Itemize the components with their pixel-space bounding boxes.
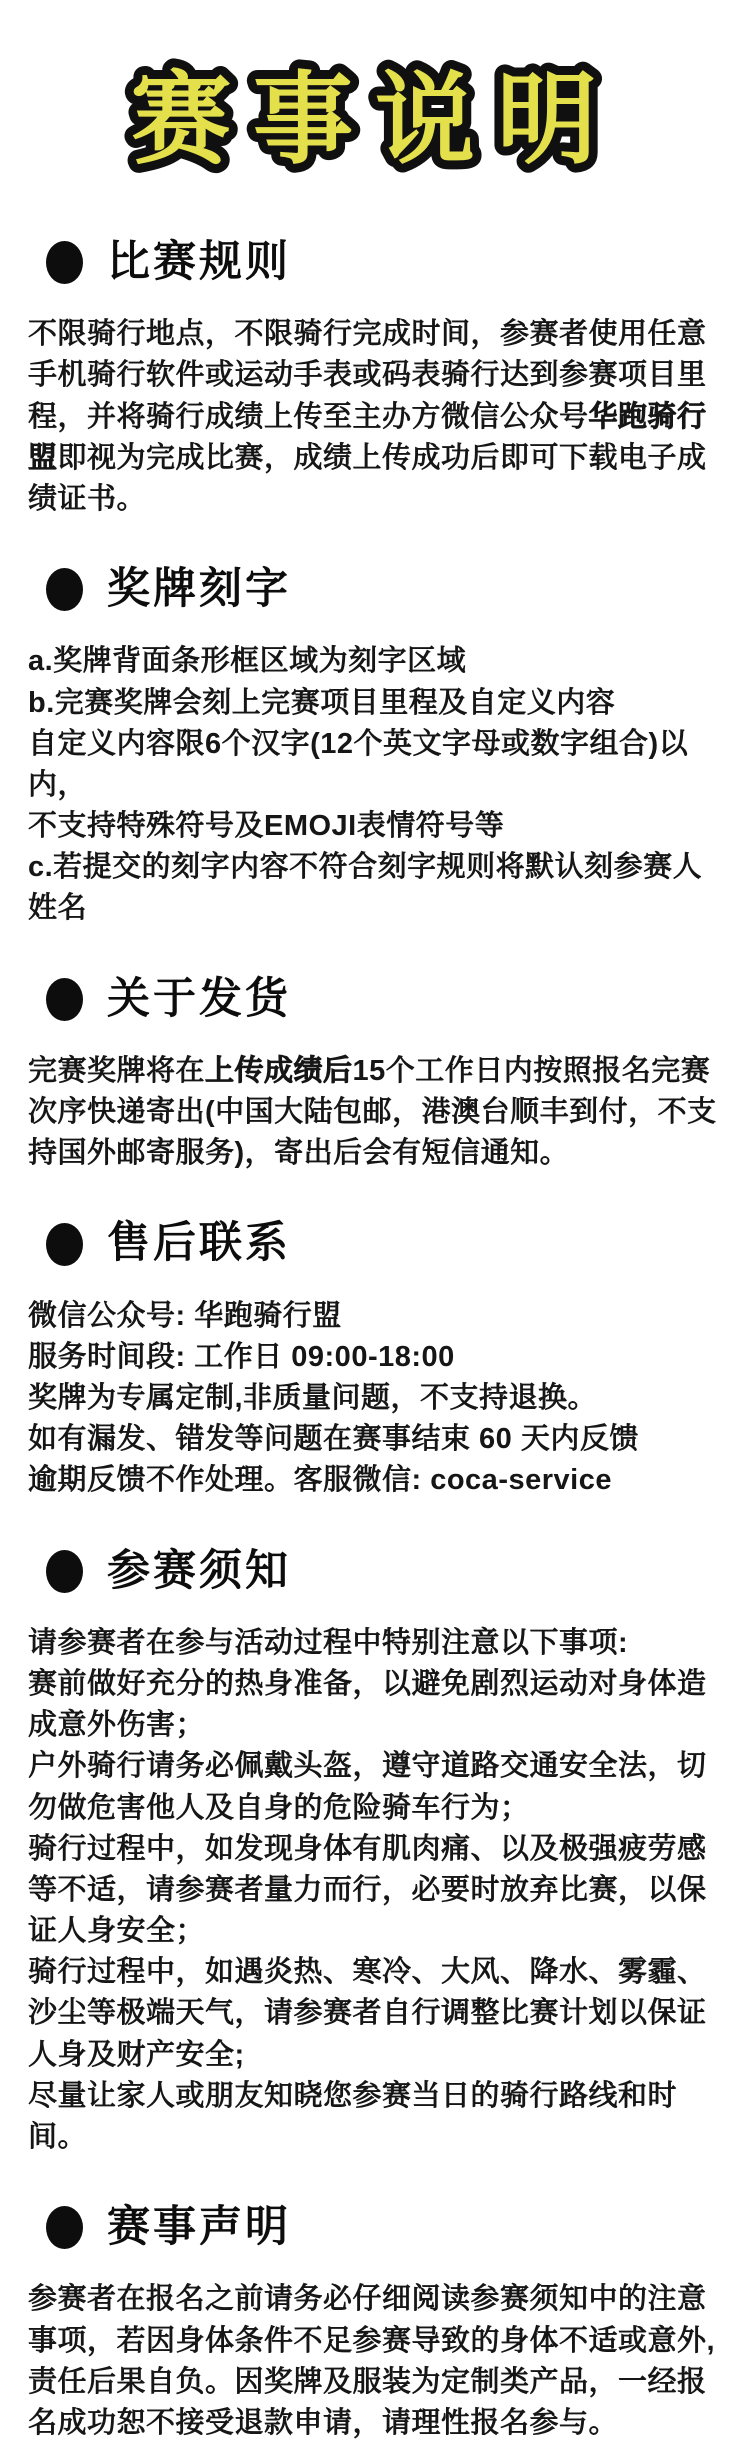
section-after-sales: 售后联系 微信公众号: 华跑骑行盟 服务时间段: 工作日 09:00-18:00…	[28, 1220, 722, 1501]
paragraph: 完赛奖牌将在上传成绩后15个工作日内按照报名完赛次序快递寄出(中国大陆包邮，港澳…	[28, 1051, 722, 1175]
section-title: 比赛规则	[107, 239, 291, 286]
bullet-icon	[46, 241, 83, 284]
statement-paragraph: 参赛者在报名之前请务必仔细阅读参赛须知中的注意事项，若因身体条件不足参赛导致的身…	[28, 2279, 722, 2444]
rule-line-b-detail2: 不支持特殊符号及EMOJI表情符号等	[28, 806, 722, 847]
notice-helmet: 户外骑行请务必佩戴头盔，遵守道路交通安全法，切勿做危害他人及自身的危险骑车行为；	[28, 1746, 722, 1828]
notice-intro-line: 请参赛者在参与活动过程中特别注意以下事项:	[28, 1623, 722, 1664]
section-title: 奖牌刻字	[107, 566, 291, 613]
notice-route-share: 尽量让家人或朋友知晓您参赛当日的骑行路线和时间。	[28, 2076, 722, 2158]
text-segment: 即视为完成比赛，成绩上传成功后即可下载电子成绩证书。	[28, 442, 707, 515]
section-shipping: 关于发货 完赛奖牌将在上传成绩后15个工作日内按照报名完赛次序快递寄出(中国大陆…	[28, 976, 722, 1175]
section-heading-row: 售后联系	[46, 1220, 722, 1267]
notice-fatigue: 骑行过程中，如发现身体有肌肉痛、以及极强疲劳感等不适，请参赛者量力而行，必要时放…	[28, 1829, 722, 1953]
section-title: 赛事声明	[107, 2204, 291, 2251]
section-heading-row: 关于发货	[46, 976, 722, 1023]
section-participant-notice: 参赛须知 请参赛者在参与活动过程中特别注意以下事项: 赛前做好充分的热身准备，以…	[28, 1548, 722, 2159]
section-heading-row: 参赛须知	[46, 1548, 722, 1595]
bullet-icon	[46, 1550, 83, 1593]
notice-warmup: 赛前做好充分的热身准备，以避免剧烈运动对身体造成意外伤害；	[28, 1664, 722, 1746]
rule-line-b-detail: 自定义内容限6个汉字(12个英文字母或数字组合)以内，	[28, 724, 722, 806]
page-title: 赛事说明	[131, 61, 619, 178]
bullet-icon	[46, 2206, 83, 2249]
event-description-page: 赛事说明 比赛规则 不限骑行地点，不限骑行完成时间，参赛者使用任意手机骑行软件或…	[0, 0, 750, 2444]
section-event-statement: 赛事声明 参赛者在报名之前请务必仔细阅读参赛须知中的注意事项，若因身体条件不足参…	[28, 2204, 722, 2444]
section-heading-row: 奖牌刻字	[46, 566, 722, 613]
section-title: 关于发货	[107, 976, 291, 1023]
bullet-icon	[46, 978, 83, 1021]
wechat-account-line: 微信公众号: 华跑骑行盟	[28, 1296, 722, 1337]
bullet-icon	[46, 568, 83, 611]
no-return-line: 奖牌为专属定制,非质量问题，不支持退换。	[28, 1378, 722, 1419]
rule-line-c: c.若提交的刻字内容不符合刻字规则将默认刻参赛人姓名	[28, 847, 722, 929]
feedback-window-line: 如有漏发、错发等问题在赛事结束 60 天内反馈	[28, 1419, 722, 1460]
text-segment: 完赛奖牌将在	[28, 1055, 205, 1087]
section-title: 售后联系	[107, 1220, 291, 1267]
rule-line-b: b.完赛奖牌会刻上完赛项目里程及自定义内容	[28, 683, 722, 724]
section-medal-engraving: 奖牌刻字 a.奖牌背面条形框区域为刻字区域 b.完赛奖牌会刻上完赛项目里程及自定…	[28, 566, 722, 930]
upload-score-bold: 上传成绩后	[205, 1055, 353, 1087]
page-title-block: 赛事说明	[0, 48, 750, 193]
rule-line-a: a.奖牌背面条形框区域为刻字区域	[28, 641, 722, 682]
paragraph: 不限骑行地点，不限骑行完成时间，参赛者使用任意手机骑行软件或运动手表或码表骑行达…	[28, 314, 722, 520]
section-title: 参赛须知	[107, 1548, 291, 1595]
title-art: 赛事说明	[28, 48, 722, 188]
bullet-icon	[46, 1223, 83, 1266]
service-hours-line: 服务时间段: 工作日 09:00-18:00	[28, 1337, 722, 1378]
service-wechat-line: 逾期反馈不作处理。客服微信: coca-service	[28, 1460, 722, 1501]
notice-weather: 骑行过程中，如遇炎热、寒冷、大风、降水、雾霾、沙尘等极端天气，请参赛者自行调整比…	[28, 1952, 722, 2076]
section-race-rules: 比赛规则 不限骑行地点，不限骑行完成时间，参赛者使用任意手机骑行软件或运动手表或…	[28, 239, 722, 520]
section-heading-row: 比赛规则	[46, 239, 722, 286]
section-heading-row: 赛事声明	[46, 2204, 722, 2251]
